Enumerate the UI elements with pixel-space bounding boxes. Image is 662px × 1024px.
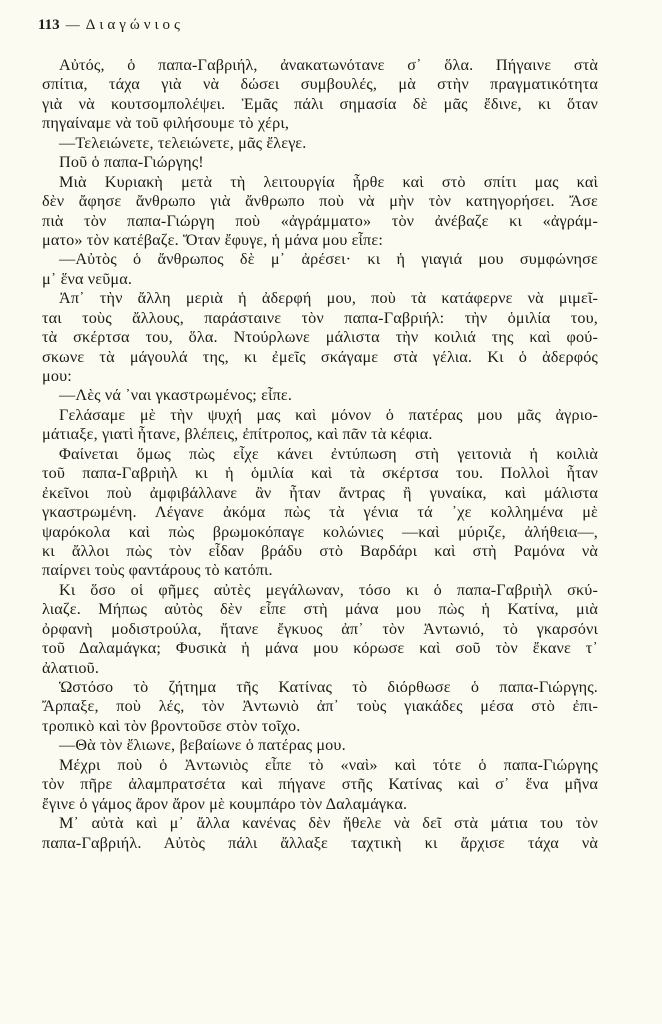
text-line: σπίτια, τάχα γιὰ νὰ δώσει συμβουλές, μὰ … [42, 75, 598, 94]
text-line: ὀρφανὴ μοδιστρούλα, ἤτανε ἔγκυος ἀπ᾽ τὸν… [42, 620, 598, 639]
text-line: μάτιαξε, γιατὶ ἦτανε, βλέπεις, ἐπίτροπος… [42, 425, 598, 444]
header-separator: — [66, 18, 80, 33]
text-line: Ὡστόσο τὸ ζήτημα τῆς Κατίνας τὸ διόρθωσε… [42, 678, 598, 697]
text-line: πηγαίναμε νὰ τοῦ φιλήσουμε τὸ χέρι, [42, 114, 598, 133]
text-line: Γελάσαμε μὲ τὴν ψυχή μας καὶ μόνον ὁ πατ… [42, 406, 598, 425]
text-line: ται τοὺς ἄλλους, παράσταινε τὸν παπα-Γαβ… [42, 309, 598, 328]
text-line: παπα-Γαβριήλ. Αὐτὸς πάλι ἄλλαξε ταχτικὴ … [42, 834, 598, 853]
text-line: κι ἄλλοι πὼς τὸν εἶδαν βράδυ στὸ Βαρδάρι… [42, 542, 598, 561]
text-line: λιαζε. Μήπως αὐτὸς δὲν εἶπε στὴ μάνα μου… [42, 600, 598, 619]
text-line: ἔγινε ὁ γάμος ἄρον ἄρον μὲ κουμπάρο τὸν … [42, 795, 598, 814]
text-line: τὰ σκέρτσα του, ὅλα. Ντούρλωνε μάλιστα τ… [42, 328, 598, 347]
text-line: Ἄρπαξε, ποὺ λές, τὸν Ἀντωνιὸ ἀπ᾽ τοὺς γι… [42, 697, 598, 716]
text-line: παίρνει τοὺς φαντάρους τὸ κατόπι. [42, 561, 598, 580]
text-line: Μιὰ Κυριακὴ μετὰ τὴ λειτουργία ἦρθε καὶ … [42, 173, 598, 192]
text-line: ψαρόκολα καὶ πὼς βρωμοκόπαγε κολώνιες —κ… [42, 523, 598, 542]
body-text: Αὐτός, ὁ παπα-Γαβριήλ, ἀνακατωνότανε σ᾽ … [42, 56, 598, 853]
text-line: ματο» τὸν κατέβαζε. Ὅταν ἔφυγε, ἡ μάνα μ… [42, 231, 598, 250]
text-line: ἐκεῖνοι ποὺ ἀμφιβάλλανε ἂν ἦταν ἄντρας ἢ… [42, 484, 598, 503]
text-line: σκωνε τὰ μάγουλά της, κι ἐμεῖς σκάγαμε σ… [42, 348, 598, 367]
text-line: Ποῦ ὁ παπα-Γιώργης! [42, 153, 598, 172]
running-header: 113—Διαγώνιος [38, 16, 184, 35]
text-line: —Τελειώνετε, τελειώνετε, μᾶς ἔλεγε. [42, 134, 598, 153]
text-line: Αὐτός, ὁ παπα-Γαβριήλ, ἀνακατωνότανε σ᾽ … [42, 56, 598, 75]
text-line: —Αὐτὸς ὁ ἄνθρωπος δὲ μ᾽ ἀρέσει· κι ἡ για… [42, 250, 598, 269]
text-line: τροπικὸ καὶ τὸν βροντοῦσε στὸν τοῖχο. [42, 717, 598, 736]
text-line: τοῦ παπα-Γαβριὴλ κι ἡ ὁμιλία καὶ τὰ σκέρ… [42, 464, 598, 483]
book-title: Διαγώνιος [86, 17, 184, 33]
text-line: Φαίνεται ὅμως πὼς εἶχε κάνει ἐντύπωση στ… [42, 445, 598, 464]
page-number: 113 [38, 17, 60, 33]
text-line: τὸν πῆρε ἀλαμπρατσέτα καὶ πήγανε στῆς Κα… [42, 775, 598, 794]
text-line: μ᾽ ἕνα νεῦμα. [42, 270, 598, 289]
text-line: Κι ὅσο οἱ φῆμες αὐτὲς μεγάλωναν, τόσο κι… [42, 581, 598, 600]
text-line: πιὰ τὸν παπα-Γιώργη ποὺ «ἀγράμματο» τὸν … [42, 212, 598, 231]
text-line: Μ᾽ αὐτὰ καὶ μ᾽ ἄλλα κανένας δὲν ἤθελε νὰ… [42, 814, 598, 833]
text-line: γκαστρωμένη. Λέγανε ἀκόμα πὼς τὰ γένια τ… [42, 503, 598, 522]
text-line: μου: [42, 367, 598, 386]
text-line: —Θὰ τὸν ἔλιωνε, βεβαίωνε ὁ πατέρας μου. [42, 736, 598, 755]
text-line: —Λὲς νά ᾽ναι γκαστρωμένος; εἶπε. [42, 386, 598, 405]
text-line: Ἀπ᾽ τὴν ἄλλη μεριὰ ἡ ἀδερφή μου, ποὺ τὰ … [42, 289, 598, 308]
text-line: Μέχρι ποὺ ὁ Ἀντωνιὸς εἶπε τὸ «ναὶ» καὶ τ… [42, 756, 598, 775]
text-line: τοῦ Δαλαμάγκα; Φυσικὰ ἡ μάνα μου κόρωσε … [42, 639, 598, 658]
text-line: δὲν ἄφησε ἄνθρωπο γιὰ ἄνθρωπο ποὺ νὰ μὴν… [42, 192, 598, 211]
text-line: γιὰ νὰ κουτσομπολέψει. Ἐμᾶς πάλι σημασία… [42, 95, 598, 114]
text-line: ἀλατιοῦ. [42, 659, 598, 678]
